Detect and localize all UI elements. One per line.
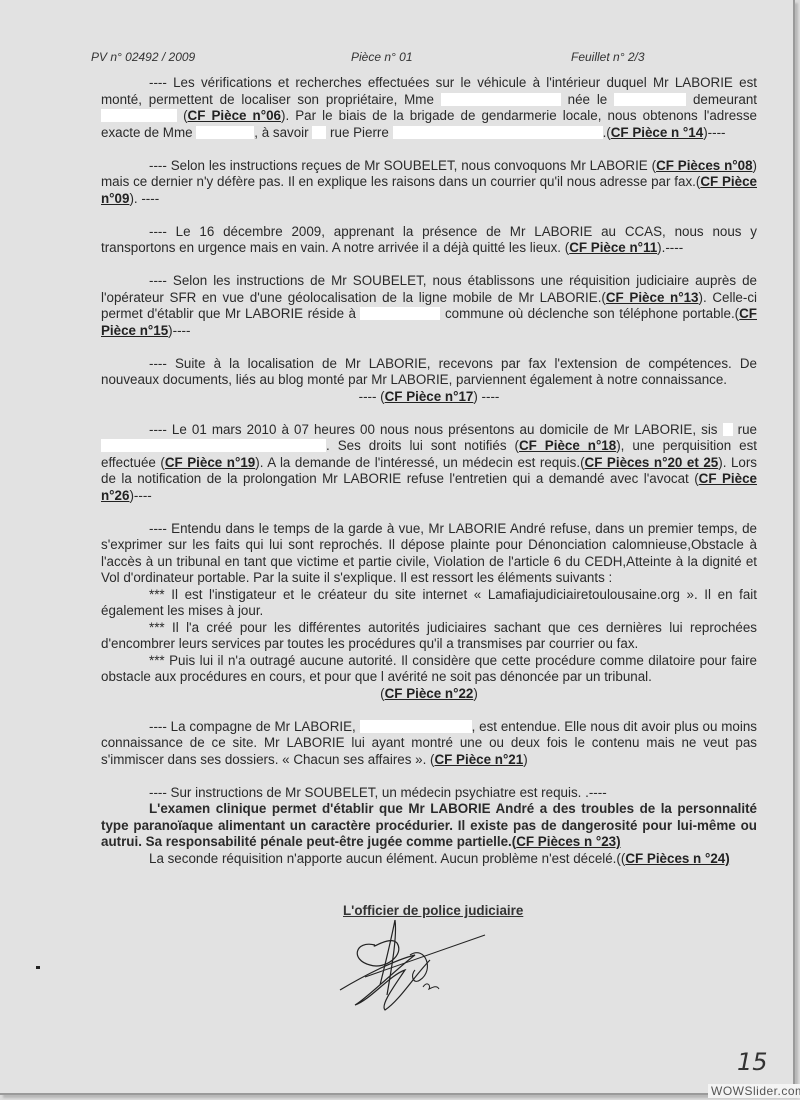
redacted-name [441,93,561,106]
signature-icon [335,915,515,1015]
sheet-number: Feuillet n° 2/3 [571,50,645,64]
bullet-item: *** Il l'a créé pour les différentes aut… [101,620,757,653]
redacted-name [360,720,472,733]
paragraph-psychiatric-exam: ---- Sur instructions de Mr SOUBELET, un… [101,785,757,868]
piece-reference: CF Pièce n °14 [611,125,703,140]
pv-number: PV n° 02492 / 2009 [91,50,195,64]
redacted-street [101,439,326,452]
paragraph-ccas: ---- Le 16 décembre 2009, apprenant la p… [101,224,757,257]
redacted-city [101,109,177,122]
piece-reference: CF Pièces n °24) [625,851,729,866]
paragraph-geolocation: ---- Selon les instructions de Mr SOUBEL… [101,273,757,339]
piece-reference: CF Pièce n°06 [188,108,281,123]
piece-number: Pièce n° 01 [351,50,413,64]
redacted-street-number [312,126,326,139]
piece-reference: CF Pièce n°22 [385,686,474,701]
redacted-birth-name [614,93,686,106]
watermark: WOWSlider.com [708,1084,800,1098]
paragraph-summons: ---- Selon les instructions reçues de Mr… [101,158,757,208]
paragraph-vehicle-search: ---- Les vérifications et recherches eff… [101,75,757,141]
piece-reference: CF Pièces n°08 [656,158,752,173]
scan-speck [36,966,40,969]
redacted-name [196,126,254,139]
document-body: ---- Les vérifications et recherches eff… [101,75,757,884]
piece-reference: CF Pièce n°18 [519,438,616,453]
redacted-street-number [723,423,733,436]
paragraph-competence-extension: ---- Suite à la localisation de Mr LABOR… [101,356,757,406]
piece-reference: CF Pièce n°17 [385,389,474,404]
piece-reference: CF Pièce n°21 [434,752,523,767]
piece-reference: CF Pièce n°13 [606,290,699,305]
handwritten-page-number: 15 [737,1048,768,1076]
piece-reference: CF Pièces n °23) [516,834,620,849]
paragraph-home-visit: ---- Le 01 mars 2010 à 07 heures 00 nous… [101,422,757,505]
document-page: PV n° 02492 / 2009 Pièce n° 01 Feuillet … [0,0,795,1095]
piece-reference: CF Pièce n°19 [165,455,255,470]
redacted-street [393,126,603,139]
bullet-item: *** Puis lui il n'a outragé aucune autor… [101,653,757,686]
paragraph-partner-hearing: ---- La compagne de Mr LABORIE, , est en… [101,719,757,769]
piece-reference: CF Pièces n°20 et 25 [585,455,719,470]
bullet-item: *** Il est l'instigateur et le créateur … [101,587,757,620]
paragraph-custody-hearing: ---- Entendu dans le temps de la garde à… [101,521,757,703]
piece-reference: CF Pièce n°11 [569,240,657,255]
redacted-town [360,307,440,320]
